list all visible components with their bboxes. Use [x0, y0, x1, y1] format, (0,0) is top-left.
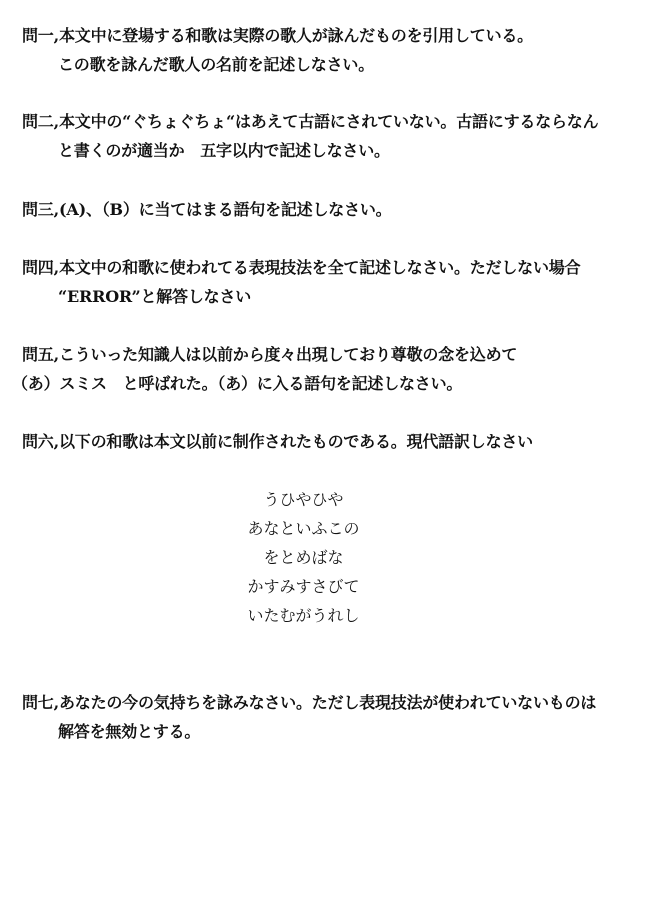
question-label: 問二,: [22, 112, 59, 131]
question-text: (A)、（B）に当てはまる語句を記述しなさい。: [59, 200, 391, 219]
question-3: 問三,(A)、（B）に当てはまる語句を記述しなさい。: [22, 195, 643, 224]
question-text-continued: “ERROR”と解答しなさい: [22, 282, 643, 311]
question-label: 問一,: [22, 26, 59, 45]
poem-line: かすみすさびて: [0, 572, 607, 601]
question-text-continued: 解答を無効とする。: [22, 717, 643, 746]
question-text: 本文中の“ぐちょぐちょ“はあえて古語にされていない。古語にするならなん: [59, 112, 598, 131]
question-6: 問六,以下の和歌は本文以前に制作されたものである。現代語訳しなさい: [22, 427, 643, 456]
question-text: 本文中の和歌に使われてる表現技法を全て記述しなさい。ただしない場合: [59, 258, 580, 277]
poem-line: いたむがうれし: [0, 601, 607, 630]
waka-poem: うひやひや あなといふこの をとめばな かすみすさびて いたむがうれし: [0, 485, 607, 630]
question-label: 問四,: [22, 258, 59, 277]
poem-line: あなといふこの: [0, 514, 607, 543]
question-text: 本文中に登場する和歌は実際の歌人が詠んだものを引用している。: [59, 26, 533, 45]
question-text-continued: （あ）スミス と呼ばれた。（あ）に入る語句を記述しなさい。: [8, 369, 643, 398]
question-text: こういった知識人は以前から度々出現しており尊敬の念を込めて: [59, 345, 517, 364]
question-7: 問七,あなたの今の気持ちを詠みなさい。ただし表現技法が使われていないものは 解答…: [22, 688, 643, 746]
question-text-continued: と書くのが適当か 五字以内で記述しなさい。: [22, 136, 643, 165]
question-4: 問四,本文中の和歌に使われてる表現技法を全て記述しなさい。ただしない場合 “ER…: [22, 253, 643, 311]
poem-line: うひやひや: [0, 485, 607, 514]
question-text: 以下の和歌は本文以前に制作されたものである。現代語訳しなさい: [59, 432, 533, 451]
question-label: 問三,: [22, 200, 59, 219]
question-5: 問五,こういった知識人は以前から度々出現しており尊敬の念を込めて （あ）スミス …: [22, 340, 643, 398]
question-2: 問二,本文中の“ぐちょぐちょ“はあえて古語にされていない。古語にするならなん と…: [22, 107, 643, 165]
question-label: 問七,: [22, 693, 59, 712]
question-label: 問五,: [22, 345, 59, 364]
question-label: 問六,: [22, 432, 59, 451]
question-text-continued: この歌を詠んだ歌人の名前を記述しなさい。: [22, 50, 643, 79]
question-1: 問一,本文中に登場する和歌は実際の歌人が詠んだものを引用している。 この歌を詠ん…: [22, 21, 643, 79]
poem-line: をとめばな: [0, 543, 607, 572]
question-text: あなたの今の気持ちを詠みなさい。ただし表現技法が使われていないものは: [59, 693, 596, 712]
